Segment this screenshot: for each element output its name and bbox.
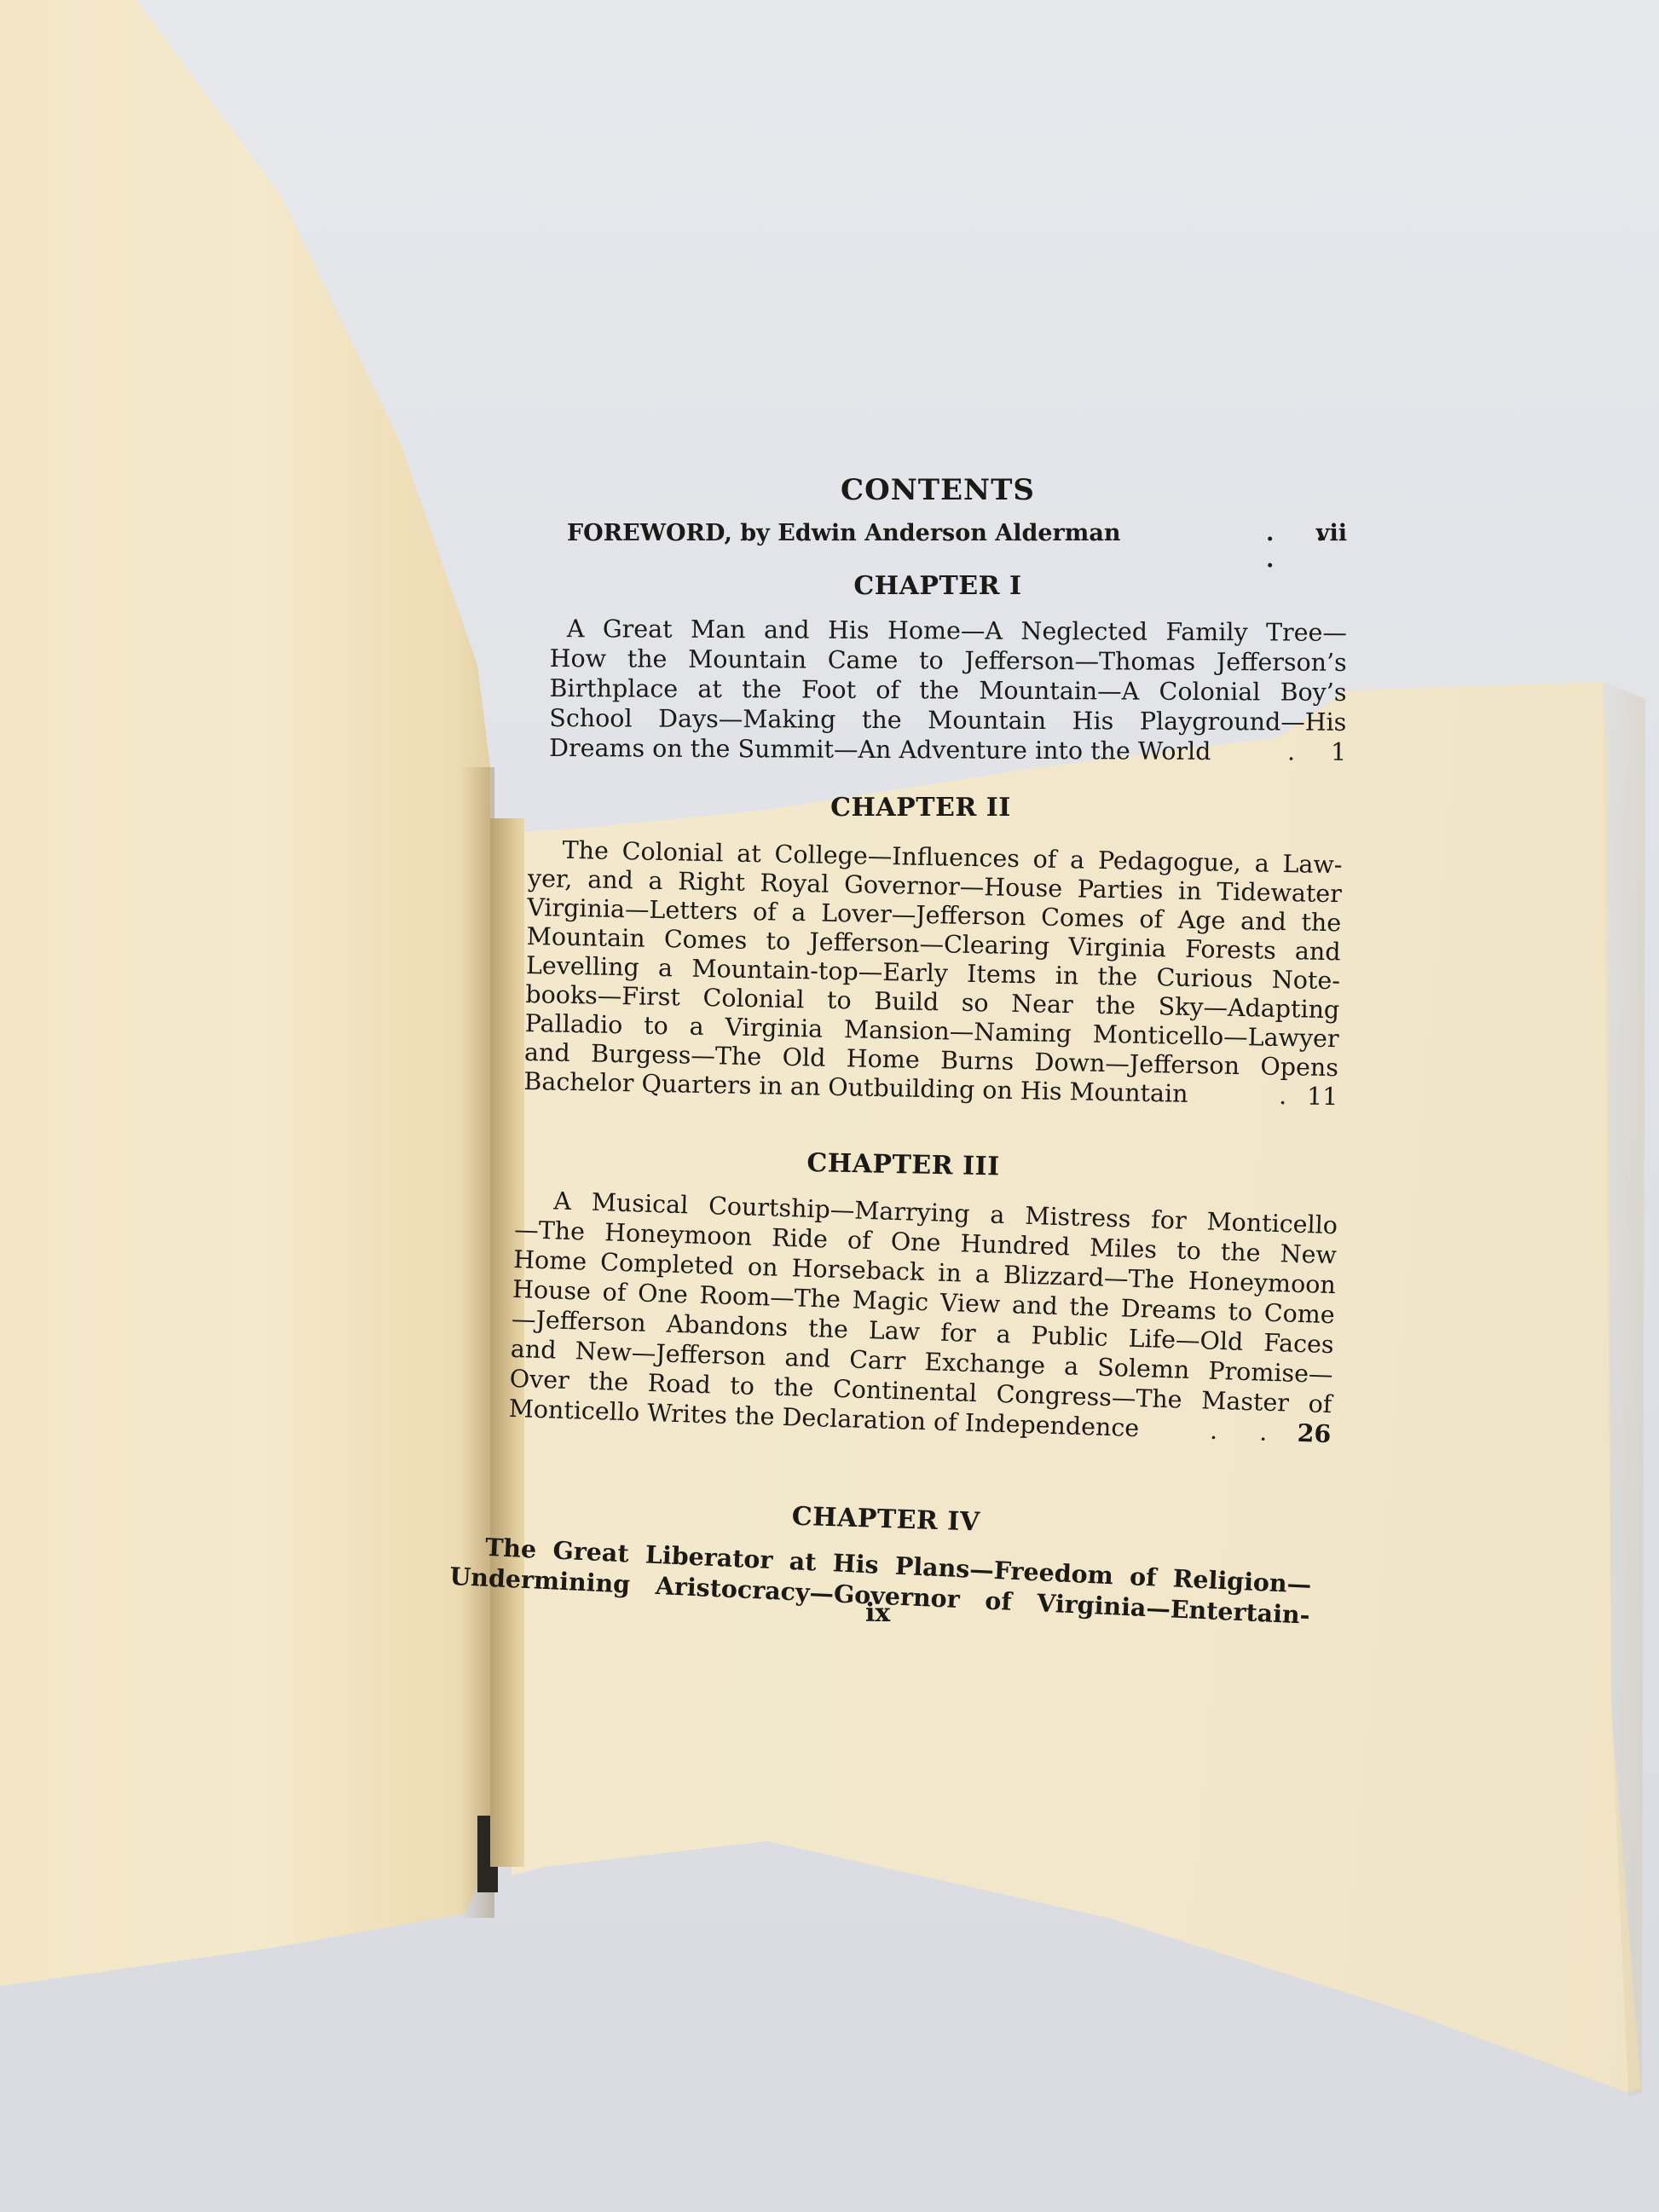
foreword-entry: FOREWORD, by Edwin Anderson Alderman . .… <box>567 520 1347 546</box>
foreword-label: FOREWORD, by Edwin Anderson Alderman <box>567 520 1120 546</box>
chapter-1-line: How the Mountain Came to Jefferson—Thoma… <box>550 644 1347 678</box>
chapter-1-line: Dreams on the Summit—An Adventure into t… <box>549 733 1346 767</box>
chapter-2-leader: . <box>1279 1082 1287 1111</box>
page-folio: ix <box>865 1598 890 1628</box>
chapter-2-heading: CHAPTER II <box>512 793 1330 823</box>
chapter-3-page: 26 <box>1297 1418 1332 1449</box>
chapter-2-entry: The Colonial at College—Influences of a … <box>523 835 1343 1112</box>
chapter-1-line: A Great Man and His Home—A Neglected Fam… <box>550 614 1347 648</box>
chapter-3-entry: A Musical Courtship—Marrying a Mistress … <box>508 1185 1338 1449</box>
chapter-1-leader: . <box>1287 737 1295 767</box>
chapter-1-last-text: Dreams on the Summit—An Adventure into t… <box>549 734 1211 765</box>
chapter-1-entry: A Great Man and His Home—A Neglected Fam… <box>549 614 1347 767</box>
chapter-1-line: School Days—Making the Mountain His Play… <box>549 703 1346 737</box>
chapter-1-page: 1 <box>1331 737 1346 767</box>
foreword-page: vii <box>1316 520 1347 546</box>
page-curl-shadow <box>460 767 494 1918</box>
chapter-2-page: 11 <box>1307 1083 1338 1112</box>
contents-heading: CONTENTS <box>529 473 1347 507</box>
chapter-1-heading: CHAPTER I <box>529 571 1347 601</box>
chapter-1-line: Birthplace at the Foot of the Mountain—A… <box>549 673 1346 707</box>
chapter-3-leader: . . <box>1210 1416 1285 1448</box>
left-page <box>0 0 520 2212</box>
